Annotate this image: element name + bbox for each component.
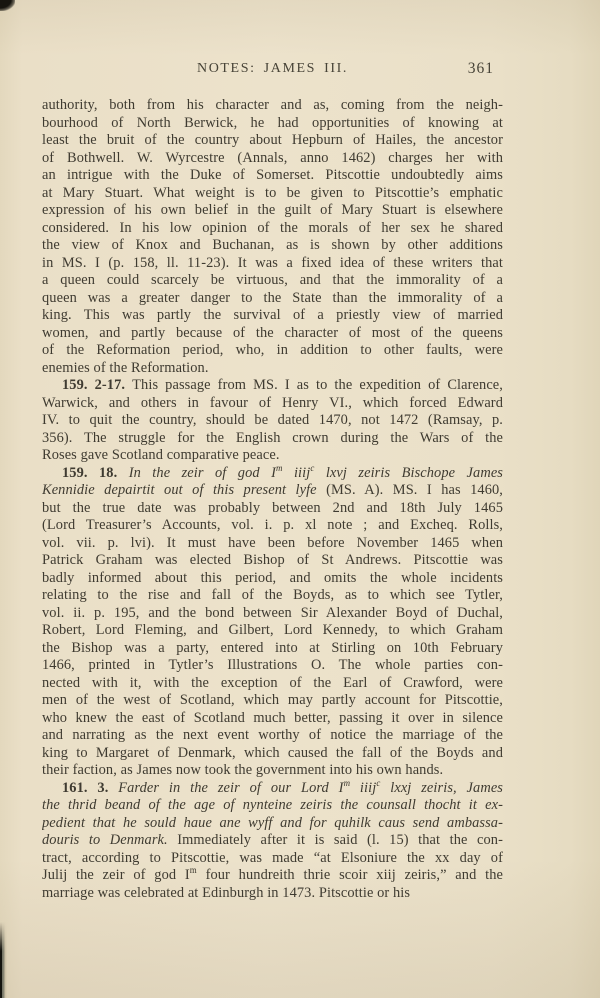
text-segment: Roses gave Scotland comparative peace. xyxy=(42,447,280,463)
text-line: 1466, printed in Tytler’s Illustrations … xyxy=(42,657,503,675)
text-line: tract, according to Pitscottie, was made… xyxy=(42,850,503,868)
text-segment: Immediately after it is said (l. 15) tha… xyxy=(177,832,503,848)
text-segment: This passage from MS. I as to the expedi… xyxy=(132,377,503,393)
text-segment: an intrigue with the Duke of Somerset. P… xyxy=(42,167,503,183)
text-segment: Kennidie depairtit out of this present l… xyxy=(42,482,326,498)
book-page: NOTES: JAMES III. 361 authority, both fr… xyxy=(0,0,600,998)
text-segment: pedient that he sould haue ane wyff and … xyxy=(42,815,503,831)
text-segment: 356). The struggle for the English crown… xyxy=(42,430,503,446)
page-header: NOTES: JAMES III. 361 xyxy=(42,61,503,81)
text-segment: king to Margaret of Denmark, which cause… xyxy=(42,745,503,761)
text-line: douris to Denmark. Immediately after it … xyxy=(42,832,503,850)
text-segment: authority, both from his character and a… xyxy=(42,97,503,113)
text-line: of Bothwell. W. Wyrcestre (Annals, anno … xyxy=(42,150,503,168)
text-segment: Patrick Graham was elected Bishop of St … xyxy=(42,552,503,568)
text-segment: 159. 2-17. xyxy=(62,377,132,393)
text-line: Patrick Graham was elected Bishop of St … xyxy=(42,552,503,570)
text-line: in MS. I (p. 158, ll. 11-23). It was a f… xyxy=(42,255,503,273)
text-line: and narrating as the next event worthy o… xyxy=(42,727,503,745)
text-segment: four hundreith thrie scoir xiij zeiris,”… xyxy=(197,867,503,883)
text-segment: Robert, Lord Fleming, and Gilbert, Lord … xyxy=(42,622,503,638)
text-line: a queen could scarcely be virtuous, and … xyxy=(42,272,503,290)
text-segment: in MS. I (p. 158, ll. 11-23). It was a f… xyxy=(42,255,503,271)
text-line: men of the west of Scotland, which may p… xyxy=(42,692,503,710)
text-line: the Bishop was a party, entered into at … xyxy=(42,640,503,658)
text-segment: bourhood of North Berwick, he had opport… xyxy=(42,115,503,131)
text-segment: Farder in the zeir of our Lord I xyxy=(118,780,343,796)
text-segment: 159. 18. xyxy=(62,465,129,481)
text-line: vol. ii. p. 195, and the bond between Si… xyxy=(42,605,503,623)
running-title: NOTES: JAMES III. xyxy=(42,61,503,77)
text-line: queen was a greater danger to the State … xyxy=(42,290,503,308)
text-line: expression of his own belief in the guil… xyxy=(42,202,503,220)
text-segment: considered. In his low opinion of the mo… xyxy=(42,220,503,236)
text-line: who knew the east of Scotland much bette… xyxy=(42,710,503,728)
text-segment: the thrid beand of the age of nynteine z… xyxy=(42,797,503,813)
text-segment: at Mary Stuart. What weight is to be giv… xyxy=(42,185,503,201)
text-line: nected with it, with the exception of th… xyxy=(42,675,503,693)
text-line: an intrigue with the Duke of Somerset. P… xyxy=(42,167,503,185)
text-segment: least the bruit of the country about Hep… xyxy=(42,132,503,148)
paragraph: 159. 18. In the zeir of god Im iiijc lxv… xyxy=(42,465,503,780)
text-segment: but the true date was probably between 2… xyxy=(42,500,503,516)
text-line: Kennidie depairtit out of this present l… xyxy=(42,482,503,500)
text-line: least the bruit of the country about Hep… xyxy=(42,132,503,150)
scan-edge-artifact xyxy=(0,922,7,998)
text-line: 159. 2-17. This passage from MS. I as to… xyxy=(42,377,503,395)
text-segment: 1466, printed in Tytler’s Illustrations … xyxy=(42,657,503,673)
text-line: vol. vii. p. lvi). It must have been bef… xyxy=(42,535,503,553)
text-segment: lxxj zeiris, James xyxy=(380,780,503,796)
text-segment: expression of his own belief in the guil… xyxy=(42,202,503,218)
text-line: IV. to quit the country, should be dated… xyxy=(42,412,503,430)
text-segment: who knew the east of Scotland much bette… xyxy=(42,710,503,726)
paragraph: 161. 3. Farder in the zeir of our Lord I… xyxy=(42,780,503,903)
text-line: king. This was partly the survival of a … xyxy=(42,307,503,325)
text-segment: vol. vii. p. lvi). It must have been bef… xyxy=(42,535,503,551)
text-segment: a queen could scarcely be virtuous, and … xyxy=(42,272,503,288)
text-line: women, and partly because of the charact… xyxy=(42,325,503,343)
text-line: 356). The struggle for the English crown… xyxy=(42,430,503,448)
text-segment: In the zeir of god I xyxy=(129,465,276,481)
text-line: marriage was celebrated at Edinburgh in … xyxy=(42,885,503,903)
page-number: 361 xyxy=(468,60,494,78)
text-line: of the Reformation period, who, in addit… xyxy=(42,342,503,360)
paragraph: authority, both from his character and a… xyxy=(42,97,503,377)
text-segment: vol. ii. p. 195, and the bond between Si… xyxy=(42,605,503,621)
paragraph: 159. 2-17. This passage from MS. I as to… xyxy=(42,377,503,465)
text-segment: m xyxy=(190,867,197,875)
text-line: the view of Knox and Buchanan, as is sho… xyxy=(42,237,503,255)
text-segment: (Lord Treasurer’s Accounts, vol. i. p. x… xyxy=(42,517,503,533)
text-segment: enemies of the Reformation. xyxy=(42,360,209,376)
text-segment: marriage was celebrated at Edinburgh in … xyxy=(42,885,410,901)
text-segment: of Bothwell. W. Wyrcestre (Annals, anno … xyxy=(42,150,503,166)
text-segment: Julij the zeir of god I xyxy=(42,867,190,883)
text-segment: iiij xyxy=(283,465,311,481)
text-segment: nected with it, with the exception of th… xyxy=(42,675,503,691)
text-segment: iiij xyxy=(350,780,376,796)
text-line: 159. 18. In the zeir of god Im iiijc lxv… xyxy=(42,465,503,483)
text-segment: their faction, as James now took the gov… xyxy=(42,762,443,778)
text-line: Roses gave Scotland comparative peace. xyxy=(42,447,503,465)
text-segment: badly informed about this period, and om… xyxy=(42,570,503,586)
text-segment: Warwick, and others in favour of Henry V… xyxy=(42,395,503,411)
text-line: at Mary Stuart. What weight is to be giv… xyxy=(42,185,503,203)
scan-corner-artifact xyxy=(0,0,15,11)
text-line: considered. In his low opinion of the mo… xyxy=(42,220,503,238)
text-segment: tract, according to Pitscottie, was made… xyxy=(42,850,503,866)
text-line: (Lord Treasurer’s Accounts, vol. i. p. x… xyxy=(42,517,503,535)
text-segment: (MS. A). MS. I has 1460, xyxy=(326,482,503,498)
text-segment: 161. 3. xyxy=(62,780,118,796)
text-line: their faction, as James now took the gov… xyxy=(42,762,503,780)
text-line: 161. 3. Farder in the zeir of our Lord I… xyxy=(42,780,503,798)
text-line: the thrid beand of the age of nynteine z… xyxy=(42,797,503,815)
text-segment: and narrating as the next event worthy o… xyxy=(42,727,503,743)
text-line: Robert, Lord Fleming, and Gilbert, Lord … xyxy=(42,622,503,640)
text-segment: women, and partly because of the charact… xyxy=(42,325,503,341)
page-body: authority, both from his character and a… xyxy=(42,97,503,902)
text-line: authority, both from his character and a… xyxy=(42,97,503,115)
text-line: bourhood of North Berwick, he had opport… xyxy=(42,115,503,133)
text-line: Warwick, and others in favour of Henry V… xyxy=(42,395,503,413)
text-line: relating to the rise and fall of the Boy… xyxy=(42,587,503,605)
text-segment: lxvj zeiris Bischope James xyxy=(314,465,503,481)
text-line: Julij the zeir of god Im four hundreith … xyxy=(42,867,503,885)
text-segment: douris to Denmark. xyxy=(42,832,177,848)
text-segment: king. This was partly the survival of a … xyxy=(42,307,503,323)
text-segment: of the Reformation period, who, in addit… xyxy=(42,342,503,358)
text-segment: the view of Knox and Buchanan, as is sho… xyxy=(42,237,503,253)
text-segment: men of the west of Scotland, which may p… xyxy=(42,692,503,708)
text-segment: the Bishop was a party, entered into at … xyxy=(42,640,503,656)
text-line: pedient that he sould haue ane wyff and … xyxy=(42,815,503,833)
text-line: but the true date was probably between 2… xyxy=(42,500,503,518)
text-line: king to Margaret of Denmark, which cause… xyxy=(42,745,503,763)
text-line: enemies of the Reformation. xyxy=(42,360,503,378)
text-segment: IV. to quit the country, should be dated… xyxy=(42,412,503,428)
text-line: badly informed about this period, and om… xyxy=(42,570,503,588)
text-segment: queen was a greater danger to the State … xyxy=(42,290,503,306)
text-segment: relating to the rise and fall of the Boy… xyxy=(42,587,503,603)
